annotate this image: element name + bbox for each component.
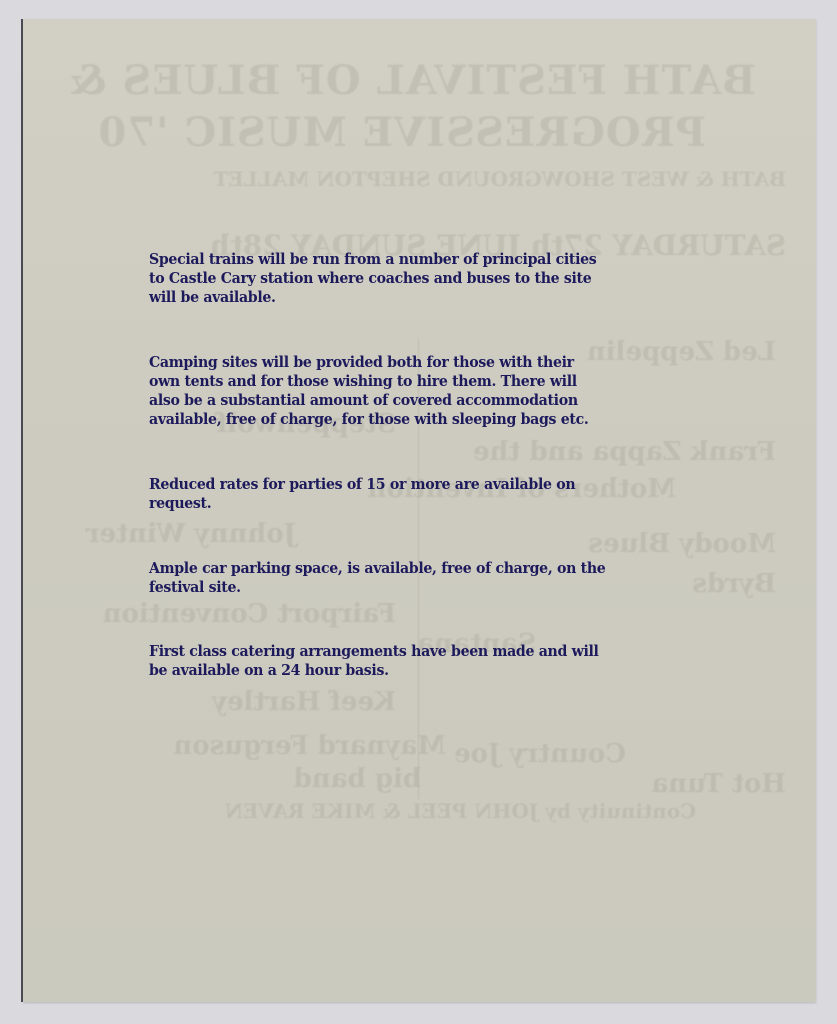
ghost-act: Fairport Convention [103,599,396,629]
ghost-act: Maynard Ferguson [173,731,446,761]
paragraph-catering: First class catering arrangements have b… [149,642,726,680]
ghost-act: Johnny Winter [86,519,296,549]
ghost-title-line2: PROGRESSIVE MUSIC '70 [97,109,706,156]
ghost-act: Keef Hartley [212,687,396,717]
ghost-act: Frank Zappa and the [473,437,776,467]
ghost-act: Hot Tuna [651,769,786,799]
leaflet-page: BATH FESTIVAL OF BLUES & PROGRESSIVE MUS… [23,19,816,1002]
ghost-venue: BATH & WEST SHOWGROUND SHEPTON MALLET [213,167,786,191]
ghost-act: Moody Blues [588,529,776,559]
paragraph-reduced-rates: Reduced rates for parties of 15 or more … [149,475,726,513]
ghost-act: Country Joe [454,739,626,769]
paragraph-car-parking: Ample car parking space, is available, f… [149,559,726,597]
ghost-title-line1: BATH FESTIVAL OF BLUES & [69,57,756,104]
ghost-credit: Continuity by JOHN PEEL & MIKE RAVEN [225,799,696,823]
paragraph-special-trains: Special trains will be run from a number… [149,250,726,307]
paragraph-camping: Camping sites will be provided both for … [149,353,726,429]
ghost-act: big band [294,764,421,794]
